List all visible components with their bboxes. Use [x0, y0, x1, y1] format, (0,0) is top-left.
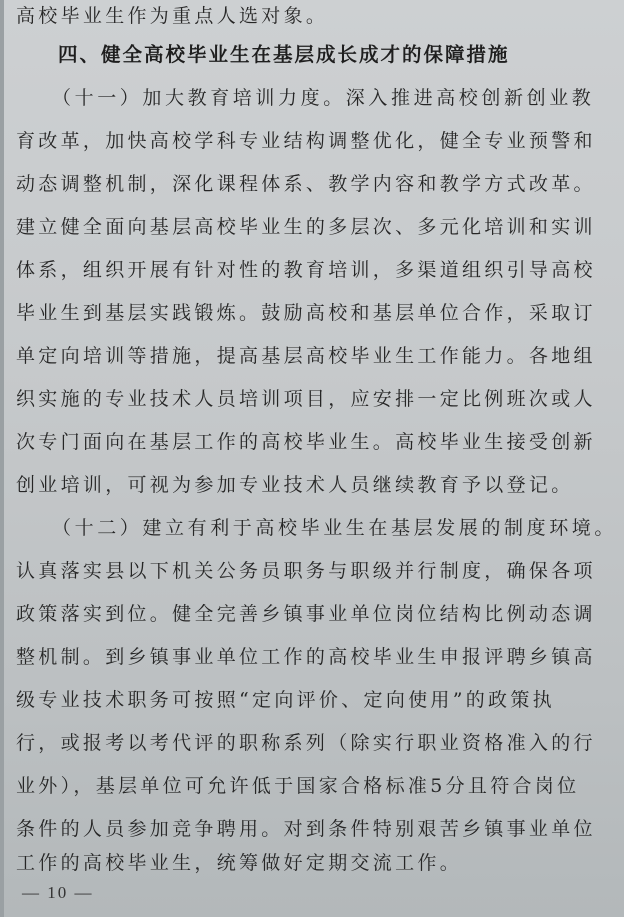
paragraph-line: 行，或报考以考代评的职称系列（除实行职业资格准入的行: [16, 731, 612, 755]
paragraph-line-item-11-start: （十一）加大教育培训力度。深入推进高校创新创业教: [52, 86, 624, 110]
paragraph-line: 建立健全面向基层高校毕业生的多层次、多元化培训和实训: [16, 215, 612, 239]
paragraph-line: 级专业技术职务可按照“定向评价、定向使用”的政策执: [16, 688, 612, 712]
paragraph-line: 政策落实到位。健全完善乡镇事业单位岗位结构比例动态调: [16, 602, 612, 626]
paragraph-line: 体系，组织开展有针对性的教育培训，多渠道组织引导高校: [16, 258, 612, 282]
paragraph-line: 动态调整机制，深化课程体系、教学内容和教学方式改革。: [16, 172, 612, 196]
document-page: 高校毕业生作为重点人选对象。 四、健全高校毕业生在基层成长成才的保障措施 （十一…: [0, 0, 624, 917]
paragraph-line: 条件的人员参加竞争聘用。对到条件特别艰苦乡镇事业单位: [16, 817, 612, 841]
paragraph-line: 创业培训，可视为参加专业技术人员继续教育予以登记。: [16, 473, 612, 497]
paragraph-line: 单定向培训等措施，提高基层高校毕业生工作能力。各地组: [16, 344, 612, 368]
paragraph-line: 业外），基层单位可允许低于国家合格标准5分且符合岗位: [16, 774, 612, 798]
paragraph-line: 次专门面向在基层工作的高校毕业生。高校毕业生接受创新: [16, 430, 612, 454]
page-number: — 10 —: [22, 883, 94, 903]
paragraph-line: 育改革，加快高校学科专业结构调整优化，健全专业预警和: [16, 129, 612, 153]
paragraph-line: 工作的高校毕业生，统筹做好定期交流工作。: [16, 851, 612, 875]
paragraph-line-item-12-start: （十二）建立有利于高校毕业生在基层发展的制度环境。: [52, 516, 624, 540]
paragraph-line: 高校毕业生作为重点人选对象。: [16, 4, 612, 28]
paragraph-line: 认真落实县以下机关公务员职务与职级并行制度，确保各项: [16, 559, 612, 583]
paragraph-line: 毕业生到基层实践锻炼。鼓励高校和基层单位合作，采取订: [16, 301, 612, 325]
section-heading: 四、健全高校毕业生在基层成长成才的保障措施: [58, 43, 510, 67]
paragraph-line: 整机制。到乡镇事业单位工作的高校毕业生申报评聘乡镇高: [16, 645, 612, 669]
paragraph-line: 织实施的专业技术人员培训项目，应安排一定比例班次或人: [16, 387, 612, 411]
